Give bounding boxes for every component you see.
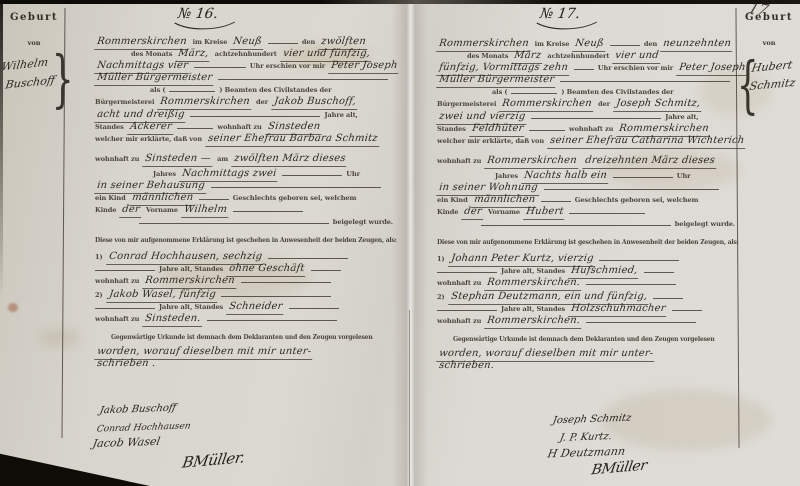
handwritten-entry: Rommerskirchen bbox=[94, 36, 189, 50]
blank-underline bbox=[282, 166, 342, 176]
flourish-underline bbox=[172, 19, 238, 31]
printed-form-text: Kinde bbox=[95, 206, 116, 214]
form-line: 1)Johann Peter Kurtz, vierzig bbox=[437, 250, 739, 262]
handwritten-entry: Feldhüter bbox=[469, 123, 526, 137]
child-name-left-2: Buschoff bbox=[5, 74, 56, 92]
handwritten-entry: der bbox=[119, 204, 142, 218]
blank-underline bbox=[569, 204, 645, 214]
handwritten-entry: Hubert bbox=[523, 206, 566, 220]
form-line: Diese von mir aufgenommene Erklärung ist… bbox=[437, 233, 739, 245]
handwritten-entry: Rommerskirchen bbox=[142, 275, 237, 289]
form-line: Gegenwärtige Urkunde ist demnach dem Dek… bbox=[437, 330, 739, 342]
form-line: BürgermeistereiRommerskirchenderJoseph S… bbox=[437, 95, 739, 107]
form-line: worden, worauf dieselben mit mir unter- bbox=[95, 343, 397, 355]
photo-edge-top bbox=[0, 0, 800, 4]
printed-form-text: am bbox=[217, 155, 228, 163]
printed-form-text: wohnhaft zu bbox=[95, 155, 139, 163]
form-line: 1)Conrad Hochhausen, sechzig bbox=[95, 248, 397, 260]
blank-underline bbox=[233, 202, 303, 212]
blank-underline bbox=[541, 192, 571, 202]
handwritten-entry: Sinsteden — bbox=[142, 153, 213, 167]
printed-form-text: wohnhaft zu bbox=[437, 317, 481, 325]
blank-underline bbox=[289, 299, 339, 309]
form-line: Diese von mir aufgenommene Erklärung ist… bbox=[95, 231, 397, 243]
handwritten-entry: ohne Geschäft bbox=[226, 263, 307, 277]
von-label-right: von bbox=[740, 39, 798, 47]
printed-form-text: beigelegt wurde. bbox=[333, 218, 393, 226]
printed-form-text: welcher mir erklärte, daß von bbox=[95, 135, 202, 143]
handwritten-entry: seiner Ehefrau Catharina Wichterich bbox=[547, 135, 747, 149]
form-line: 2)Jakob Wasel, fünfzig bbox=[95, 286, 397, 298]
form-line: fünfzig, Vormittags zehnUhr erschien vor… bbox=[437, 59, 739, 71]
signature: Conrad Hochhausen bbox=[96, 421, 192, 434]
signature: J. P. Kurtz. bbox=[559, 431, 613, 444]
blank-underline bbox=[481, 216, 671, 226]
handwritten-entry: seiner Ehefrau Barbara Schmitz bbox=[205, 133, 380, 147]
blank-underline bbox=[599, 251, 679, 261]
handwritten-entry: vier und bbox=[612, 50, 661, 64]
blank-underline bbox=[221, 287, 331, 297]
printed-form-text: Diese von mir aufgenommene Erklärung ist… bbox=[437, 239, 739, 246]
blank-underline bbox=[644, 263, 674, 273]
handwritten-entry: Wilhelm bbox=[181, 204, 230, 218]
handwritten-entry: schrieben . bbox=[94, 358, 158, 371]
blank-underline bbox=[268, 249, 348, 259]
printed-form-text: Diese von mir aufgenommene Erklärung ist… bbox=[95, 237, 397, 244]
form-line: wohnhaft zuSinsteden —amzwölften März di… bbox=[95, 150, 397, 162]
printed-form-text: wohnhaft zu bbox=[95, 315, 139, 323]
handwritten-entry: zwölften März dieses bbox=[231, 153, 348, 167]
paper-stain bbox=[40, 330, 80, 346]
handwritten-entry: Jakob Wasel, fünfzig bbox=[106, 289, 218, 303]
form-line: Rommerskirchenim KreiseNeußdenzwölften bbox=[95, 33, 397, 45]
signature: BMüller. bbox=[181, 448, 246, 471]
printed-form-text: Gegenwärtige Urkunde ist demnach dem Dek… bbox=[111, 334, 373, 341]
printed-form-text: welcher mir erklärte, daß von bbox=[437, 137, 544, 145]
form-line: Gegenwärtige Urkunde ist demnach dem Dek… bbox=[95, 328, 397, 340]
form-line: wohnhaft zuRommerskirchendreizehnten Mär… bbox=[437, 152, 739, 164]
handwritten-entry: Jakob Buschoff, bbox=[271, 96, 359, 110]
record-number-right: № 17. bbox=[539, 6, 581, 22]
blank-underline bbox=[139, 214, 329, 224]
blank-underline bbox=[610, 36, 640, 46]
signature: BMüller bbox=[590, 458, 648, 479]
handwritten-entry: Rommerskirchen bbox=[484, 155, 579, 169]
gutter-crease bbox=[409, 310, 410, 486]
handwritten-entry: neunzehnten bbox=[660, 38, 734, 52]
signature: H Deutzmann bbox=[547, 445, 627, 461]
printed-form-text: wohnhaft zu bbox=[95, 277, 139, 285]
right-page-text: Rommerskirchenim KreiseNeußdenneunzehnte… bbox=[437, 35, 739, 369]
form-line: Rommerskirchenim KreiseNeußdenneunzehnte… bbox=[437, 35, 739, 47]
handwritten-entry: Neuß bbox=[572, 38, 606, 52]
ink-spot bbox=[8, 303, 18, 312]
blank-underline bbox=[529, 121, 565, 131]
signature: Jakob Buschoff bbox=[99, 403, 177, 417]
handwritten-entry: Peter Joseph bbox=[328, 60, 400, 74]
record-number-left: № 16. bbox=[177, 6, 219, 22]
register-book-photo: Geburt von Wilhelm Buschoff } Geburt von… bbox=[0, 0, 800, 486]
handwritten-entry: dreizehnten März dieses bbox=[582, 155, 717, 169]
form-line: BürgermeistereiRommerskirchenderJakob Bu… bbox=[95, 93, 397, 105]
printed-form-text: wohnhaft zu bbox=[437, 279, 481, 287]
child-name-left-1: Wilhelm bbox=[1, 56, 50, 74]
printed-form-text: Kinde bbox=[437, 208, 458, 216]
left-page-text: Rommerskirchenim KreiseNeußdenzwölftende… bbox=[95, 33, 397, 367]
form-line: KindederVornameHubert bbox=[437, 203, 739, 215]
blank-underline bbox=[311, 261, 341, 271]
handwritten-entry: Schneider bbox=[226, 301, 285, 315]
form-line: 2)Stephan Deutzmann, ein und fünfzig, bbox=[437, 288, 739, 300]
printed-form-text: Jahre alt, bbox=[324, 111, 357, 119]
form-line: KindederVornameWilhelm bbox=[95, 201, 397, 213]
signature: Jacob Wasel bbox=[92, 435, 162, 450]
photo-edge-left bbox=[0, 0, 3, 300]
form-line: worden, worauf dieselben mit mir unter- bbox=[437, 345, 739, 357]
margin-brace-right: { bbox=[737, 48, 759, 121]
handwritten-entry: Ackerer bbox=[127, 121, 174, 135]
handwritten-entry: Rommerskirchen. bbox=[484, 315, 583, 329]
handwritten-entry: Peter Joseph bbox=[676, 62, 748, 76]
margin-brace-left: } bbox=[52, 42, 74, 115]
handwritten-entry: Joseph Schmitz, bbox=[613, 98, 703, 112]
printed-form-text: Gegenwärtige Urkunde ist demnach dem Dek… bbox=[453, 336, 715, 343]
blank-underline bbox=[613, 168, 673, 178]
handwritten-entry: schrieben. bbox=[436, 360, 497, 373]
right-margin-heading: Geburt von bbox=[740, 12, 798, 47]
blank-underline bbox=[268, 34, 298, 44]
handwritten-entry: Müller Bürgermeister bbox=[436, 74, 557, 88]
handwritten-entry: Rommerskirchen. bbox=[484, 277, 583, 291]
blank-underline bbox=[653, 289, 683, 299]
flourish-underline bbox=[534, 19, 600, 31]
printed-form-text: beigelegt wurde. bbox=[675, 220, 735, 228]
blank-underline bbox=[574, 60, 594, 70]
printed-form-text: wohnhaft zu bbox=[437, 157, 481, 165]
handwritten-entry: Holzschuhmacher bbox=[568, 303, 668, 317]
blank-underline bbox=[672, 301, 702, 311]
handwritten-entry: Müller Bürgermeister bbox=[94, 72, 215, 86]
handwritten-entry: der bbox=[461, 206, 484, 220]
handwritten-entry: Neuß bbox=[230, 36, 264, 50]
geburt-label-left: Geburt bbox=[5, 12, 63, 23]
handwritten-entry: Sinsteden. bbox=[142, 313, 203, 327]
